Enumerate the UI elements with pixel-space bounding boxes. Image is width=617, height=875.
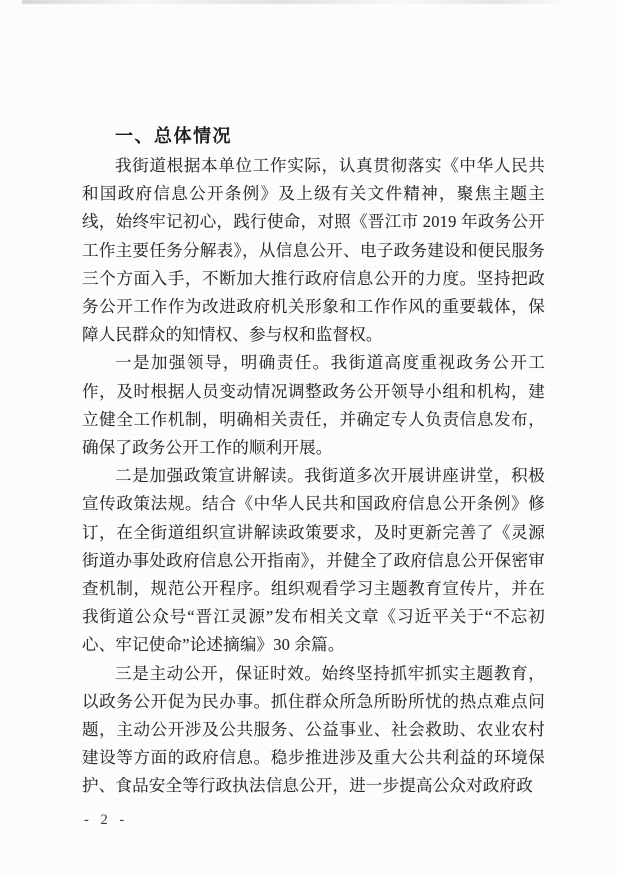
section-heading: 一、总体情况 bbox=[82, 122, 545, 150]
paragraph-overview: 我街道根据本单位工作实际，认真贯彻落实《中华人民共和国政府信息公开条例》及上级有… bbox=[82, 152, 545, 349]
scan-artifact-top-edge bbox=[22, 0, 562, 4]
paragraph-point-1-leadership: 一是加强领导，明确责任。我街道高度重视政务公开工作，及时根据人员变动情况调整政务… bbox=[82, 349, 545, 462]
page-number: - 2 - bbox=[84, 812, 126, 829]
document-body: 一、总体情况 我街道根据本单位工作实际，认真贯彻落实《中华人民共和国政府信息公开… bbox=[82, 122, 545, 801]
paragraph-point-3-proactive-disclosure: 三是主动公开，保证时效。始终坚持抓牢抓实主题教育，以政务公开促为民办事。抓住群众… bbox=[82, 660, 545, 801]
paragraph-point-2-policy-interpretation: 二是加强政策宣讲解读。我街道多次开展讲座讲堂，积极宣传政策法规。结合《中华人民共… bbox=[82, 462, 545, 659]
document-page: 一、总体情况 我街道根据本单位工作实际，认真贯彻落实《中华人民共和国政府信息公开… bbox=[0, 0, 617, 875]
